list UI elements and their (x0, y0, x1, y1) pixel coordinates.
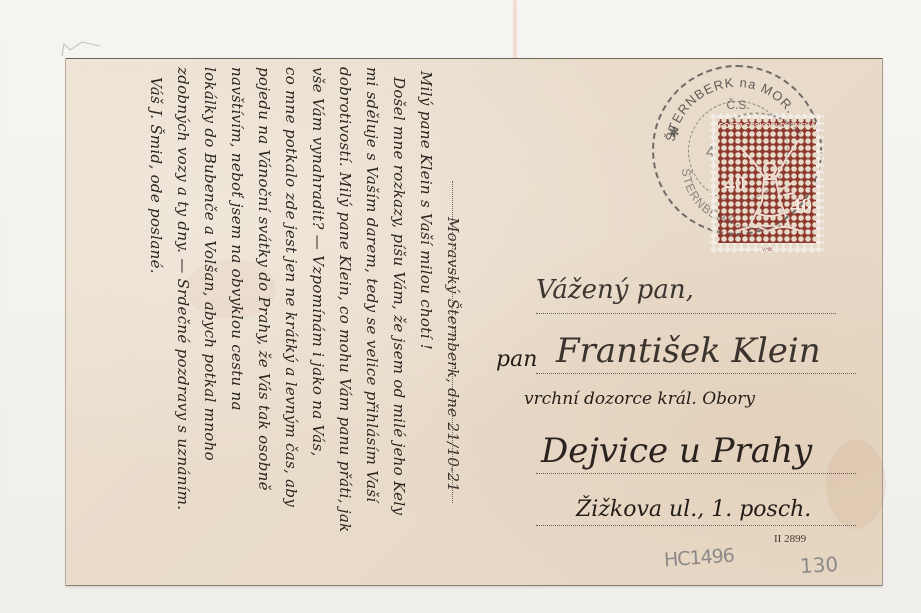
message-line: navštívím, neboť jsem na obvyklou cestu … (223, 67, 250, 567)
address-salutation: Vážený pan, (536, 275, 694, 305)
message-line: vše Vám vynahradit? — Vzpomínám i jako n… (304, 67, 331, 567)
stamp-value-left: 40 (724, 171, 746, 197)
message-line: Došel mne rozkazy, píšu Vám, že jsem od … (385, 67, 412, 567)
address-rule (536, 373, 856, 374)
stamp-title: POŠTA ČESKOSLOVENSKÁ (718, 121, 816, 130)
pencil-number-note: 130 (799, 552, 838, 578)
address-name-prefix: pan (496, 347, 537, 372)
message-line: lokálky do Bubenče a Volšan, abych potka… (196, 67, 223, 567)
scan-artifact (512, 0, 518, 58)
recipient-name: František Klein (556, 331, 821, 371)
age-stain (826, 439, 886, 529)
message-signature: Váš J. Šmid, ode poslané. (142, 67, 169, 567)
handwritten-message: Moravský Šternberk, dne 21/10-21 Milý pa… (86, 59, 466, 585)
address-rule (536, 313, 836, 314)
pencil-inventory-note: HC1496 (663, 545, 734, 572)
postage-stamp: POŠTA ČESKOSLOVENSKÁ 40 40 VHB (710, 113, 824, 253)
background-scribble (60, 38, 110, 58)
svg-text:Č.S.: Č.S. (726, 97, 749, 112)
recipient-title: vrchní dozorce král. Obory (524, 389, 755, 409)
recipient-city: Dejvice u Prahy (541, 431, 812, 471)
message-line: zdobných vozy a ty dny. — Srdečné pozdra… (169, 67, 196, 567)
dotted-divider (452, 181, 453, 503)
message-line: co mne potkalo zde jest jen ne krátký a … (277, 67, 304, 567)
stamp-printer-mark: VHB (718, 247, 816, 253)
printer-code: II 2899 (774, 533, 806, 545)
address-rule (536, 473, 856, 474)
recipient-street: Žižkova ul., 1. posch. (576, 497, 811, 522)
message-line: dobrotivostí. Milý pane Klein, co mohu V… (331, 67, 358, 567)
message-line: pojedu na Vánoční svátky do Prahy, že Vá… (250, 67, 277, 567)
message-salutation: Milý pane Klein s Vaší milou chotí ! (412, 67, 439, 567)
stamp-value-right: 40 (790, 193, 812, 219)
stamp-design: POŠTA ČESKOSLOVENSKÁ 40 40 VHB (718, 119, 816, 243)
message-line: mi sděluje s Vaším darem, tedy se velice… (358, 67, 385, 567)
address-rule (536, 525, 856, 526)
postcard: Moravský Šternberk, dne 21/10-21 Milý pa… (66, 58, 882, 586)
